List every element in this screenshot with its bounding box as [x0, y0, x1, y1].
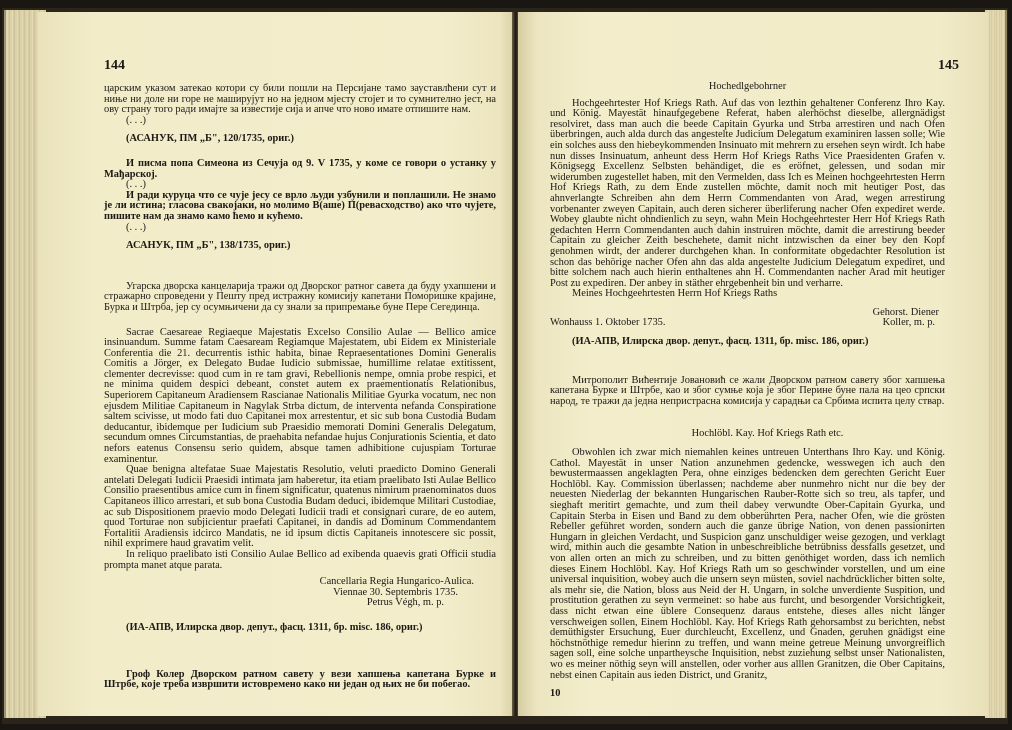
paragraph: царским указом затекао котори су били по…	[104, 84, 496, 116]
paragraph: In reliquo praelibato isti Consilio Aula…	[104, 550, 496, 571]
source-citation: (АСАНУК, ПМ „Б", 120/1735, ориг.)	[104, 134, 496, 145]
ellipsis: (. . .)	[104, 223, 496, 234]
source-citation: АСАНУК, ПМ „Б", 138/1735, ориг.)	[104, 241, 496, 252]
left-page: 144 царским указом затекао котори су бил…	[38, 12, 514, 716]
document-heading: И писма попа Симеона из Сечуја од 9. V 1…	[104, 159, 496, 180]
document-heading: Митрополит Вићентије Јовановић се жали Д…	[550, 376, 945, 408]
letter-closing: Meines Hochgeehrtesten Herrn Hof Kriegs …	[550, 289, 945, 300]
paragraph: Sacrae Caesareae Regiaeque Majestatis Ex…	[104, 328, 496, 466]
salutation: Hochlöbl. Kay. Hof Kriegs Rath etc.	[550, 429, 945, 440]
source-citation: (ИА-АПВ, Илирска двор. депут., фасц. 131…	[104, 623, 496, 634]
printer-signature-mark: 10	[550, 689, 945, 700]
paragraph: Quae benigna altefatae Suae Majestatis R…	[104, 465, 496, 550]
letter-paragraph: Hochgeehrtester Hof Kriegs Rath. Auf das…	[550, 99, 945, 290]
document-heading: Угарска дворска канцеларија тражи од Дво…	[104, 282, 496, 314]
signature-name: Petrus Végh, m. p.	[104, 598, 496, 609]
page-edges-right	[985, 10, 1007, 718]
source-citation: (ИА-АПВ, Илирска двор. депут., фасц. 131…	[550, 337, 945, 348]
signoff-name: Koller, m. p.	[883, 318, 945, 329]
letter-paragraph: Obwohlen ich zwar mich niemahlen keines …	[550, 448, 945, 681]
page-number: 144	[104, 58, 125, 74]
document-heading: Гроф Колер Дворском ратном савету у вези…	[104, 670, 496, 691]
salutation: Hochedlgebohrner	[550, 82, 945, 93]
ellipsis: (. . .)	[104, 116, 496, 127]
left-page-body: царским указом затекао котори су били по…	[104, 84, 496, 691]
right-page-body: Hochedlgebohrner Hochgeehrtester Hof Kri…	[550, 82, 945, 700]
place-date: Wonhauss 1. Oktober 1735.	[550, 318, 665, 329]
right-page: 145 Hochedlgebohrner Hochgeehrtester Hof…	[518, 12, 988, 716]
page-number: 145	[938, 58, 959, 74]
paragraph: И ради куруца что се чује јесу се врло љ…	[104, 191, 496, 223]
